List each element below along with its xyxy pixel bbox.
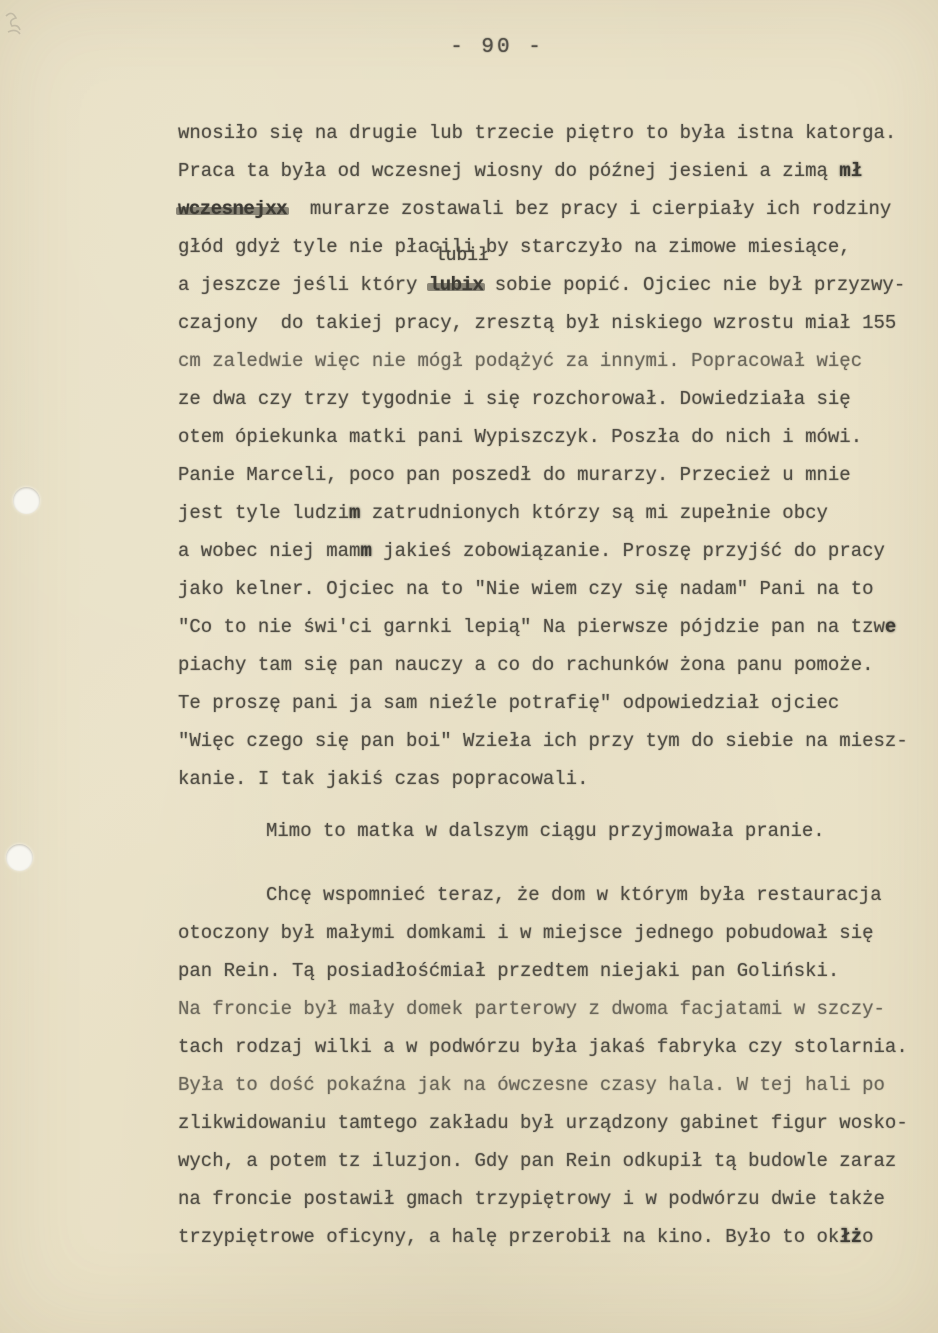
- typewritten-text: Panie Marceli, poco pan poszedł do murar…: [178, 464, 851, 486]
- typewritten-text: czajony do takiej pracy, zresztą był nis…: [178, 312, 896, 334]
- text-line: cm zaledwie więc nie mógł podążyć za inn…: [178, 342, 918, 380]
- struck-out-text: lubix: [429, 274, 484, 296]
- typewritten-text: wnosiło się na drugie lub trzecie piętro…: [178, 122, 896, 144]
- inserted-word: lubił: [435, 247, 489, 265]
- paragraph: Chcę wspomnieć teraz, że dom w którym by…: [178, 876, 918, 1256]
- page-number: - 90 -: [0, 36, 938, 59]
- typewritten-text: na froncie postawił gmach trzypiętrowy i…: [178, 1188, 885, 1210]
- typewritten-text: Te proszę pani ja sam nieźle potrafię" o…: [178, 692, 839, 714]
- text-line: jako kelner. Ojciec na to "Nie wiem czy …: [178, 570, 918, 608]
- text-line: jest tyle ludzim zatrudnionych którzy są…: [178, 494, 918, 532]
- text-line: na froncie postawił gmach trzypiętrowy i…: [178, 1180, 918, 1218]
- typewritten-text: ze dwa czy trzy tygodnie i się rozchorow…: [178, 388, 851, 410]
- typewritten-text: łż: [839, 1226, 862, 1248]
- typewritten-text: kanie. I tak jakiś czas popracowali.: [178, 768, 588, 790]
- typewritten-text: a wobec niej mam: [178, 540, 360, 562]
- correction-group: lubiłlubix: [429, 266, 484, 304]
- text-line: głód gdyż tyle nie płacili by starczyło …: [178, 228, 918, 266]
- punch-hole: [6, 844, 33, 871]
- typewritten-text: o: [862, 1226, 873, 1248]
- struck-out-text: wczesnejxx: [178, 198, 287, 220]
- text-line: Chcę wspomnieć teraz, że dom w którym by…: [178, 876, 918, 914]
- typewritten-text: Chcę wspomnieć teraz, że dom w którym by…: [266, 884, 882, 906]
- text-line: otoczony był małymi domkami i w miejsce …: [178, 914, 918, 952]
- text-line: czajony do takiej pracy, zresztą był nis…: [178, 304, 918, 342]
- typewritten-text: Była to dość pokaźna jak na ówczesne cza…: [178, 1074, 885, 1096]
- typewritten-text: a jeszcze jeśli który: [178, 274, 429, 296]
- text-line: "Co to nie świ'ci garnki lepią" Na pierw…: [178, 608, 918, 646]
- text-line: Panie Marceli, poco pan poszedł do murar…: [178, 456, 918, 494]
- text-line: zlikwidowaniu tamtego zakładu był urządz…: [178, 1104, 918, 1142]
- typewritten-text: m: [349, 502, 360, 524]
- paragraph: Mimo to matka w dalszym ciągu przyjmował…: [178, 812, 918, 850]
- text-line: a jeszcze jeśli który lubiłlubix sobie p…: [178, 266, 918, 304]
- typewritten-text: jest tyle ludzi: [178, 502, 349, 524]
- text-line: kanie. I tak jakiś czas popracowali.: [178, 760, 918, 798]
- typewritten-text: Praca ta była od wczesnej wiosny do późn…: [178, 160, 839, 182]
- typewritten-text: otoczony był małymi domkami i w miejsce …: [178, 922, 874, 944]
- text-line: Te proszę pani ja sam nieźle potrafię" o…: [178, 684, 918, 722]
- text-line: wnosiło się na drugie lub trzecie piętro…: [178, 114, 918, 152]
- typewritten-text: "Co to nie świ'ci garnki lepią" Na pierw…: [178, 616, 885, 638]
- text-line: piachy tam się pan nauczy a co do rachun…: [178, 646, 918, 684]
- typewritten-text: Mimo to matka w dalszym ciągu przyjmował…: [266, 820, 825, 842]
- document-body: wnosiło się na drugie lub trzecie piętro…: [178, 114, 918, 1256]
- paragraph: wnosiło się na drugie lub trzecie piętro…: [178, 114, 918, 798]
- typewritten-text: mł: [839, 160, 862, 182]
- typewritten-text: sobie popić. Ojciec nie był przyzwy-: [483, 274, 905, 296]
- typewritten-text: zlikwidowaniu tamtego zakładu był urządz…: [178, 1112, 908, 1134]
- text-line: pan Rein. Tą posiadłośćmiał przedtem nie…: [178, 952, 918, 990]
- typewritten-text: otem ópiekunka matki pani Wypiszczyk. Po…: [178, 426, 862, 448]
- text-line: Mimo to matka w dalszym ciągu przyjmował…: [178, 812, 918, 850]
- typewritten-text: pan Rein. Tą posiadłośćmiał przedtem nie…: [178, 960, 839, 982]
- typewritten-text: m: [360, 540, 371, 562]
- text-line: Była to dość pokaźna jak na ówczesne cza…: [178, 1066, 918, 1104]
- text-line: trzypiętrowe oficyny, a halę przerobił n…: [178, 1218, 918, 1256]
- text-line: Na froncie był mały domek parterowy z dw…: [178, 990, 918, 1028]
- text-line: otem ópiekunka matki pani Wypiszczyk. Po…: [178, 418, 918, 456]
- text-line: wczesnejxx murarze zostawali bez pracy i…: [178, 190, 918, 228]
- typewritten-text: trzypiętrowe oficyny, a halę przerobił n…: [178, 1226, 839, 1248]
- typewritten-text: głód gdyż tyle nie płacili by starczyło …: [178, 236, 851, 258]
- typewritten-text: jakieś zobowiązanie. Proszę przyjść do p…: [372, 540, 885, 562]
- text-line: tach rodzaj wilki a w podwórzu była jaka…: [178, 1028, 918, 1066]
- typewritten-text: wych, a potem tz iluzjon. Gdy pan Rein o…: [178, 1150, 896, 1172]
- typewritten-text: tach rodzaj wilki a w podwórzu była jaka…: [178, 1036, 908, 1058]
- typewritten-text: zatrudnionych którzy są mi zupełnie obcy: [360, 502, 827, 524]
- typewritten-text: murarze zostawali bez pracy i cierpiały …: [287, 198, 891, 220]
- typewritten-text: "Więc czego się pan boi" Wzieła ich przy…: [178, 730, 908, 752]
- text-line: wych, a potem tz iluzjon. Gdy pan Rein o…: [178, 1142, 918, 1180]
- text-line: ze dwa czy trzy tygodnie i się rozchorow…: [178, 380, 918, 418]
- punch-hole: [13, 487, 40, 514]
- typewritten-text: cm zaledwie więc nie mógł podążyć za inn…: [178, 350, 862, 372]
- typewritten-text: jako kelner. Ojciec na to "Nie wiem czy …: [178, 578, 874, 600]
- typewritten-text: e: [885, 616, 896, 638]
- text-line: "Więc czego się pan boi" Wzieła ich przy…: [178, 722, 918, 760]
- text-line: a wobec niej mamm jakieś zobowiązanie. P…: [178, 532, 918, 570]
- typewritten-text: piachy tam się pan nauczy a co do rachun…: [178, 654, 874, 676]
- text-line: Praca ta była od wczesnej wiosny do późn…: [178, 152, 918, 190]
- typewritten-text: Na froncie był mały domek parterowy z dw…: [178, 998, 885, 1020]
